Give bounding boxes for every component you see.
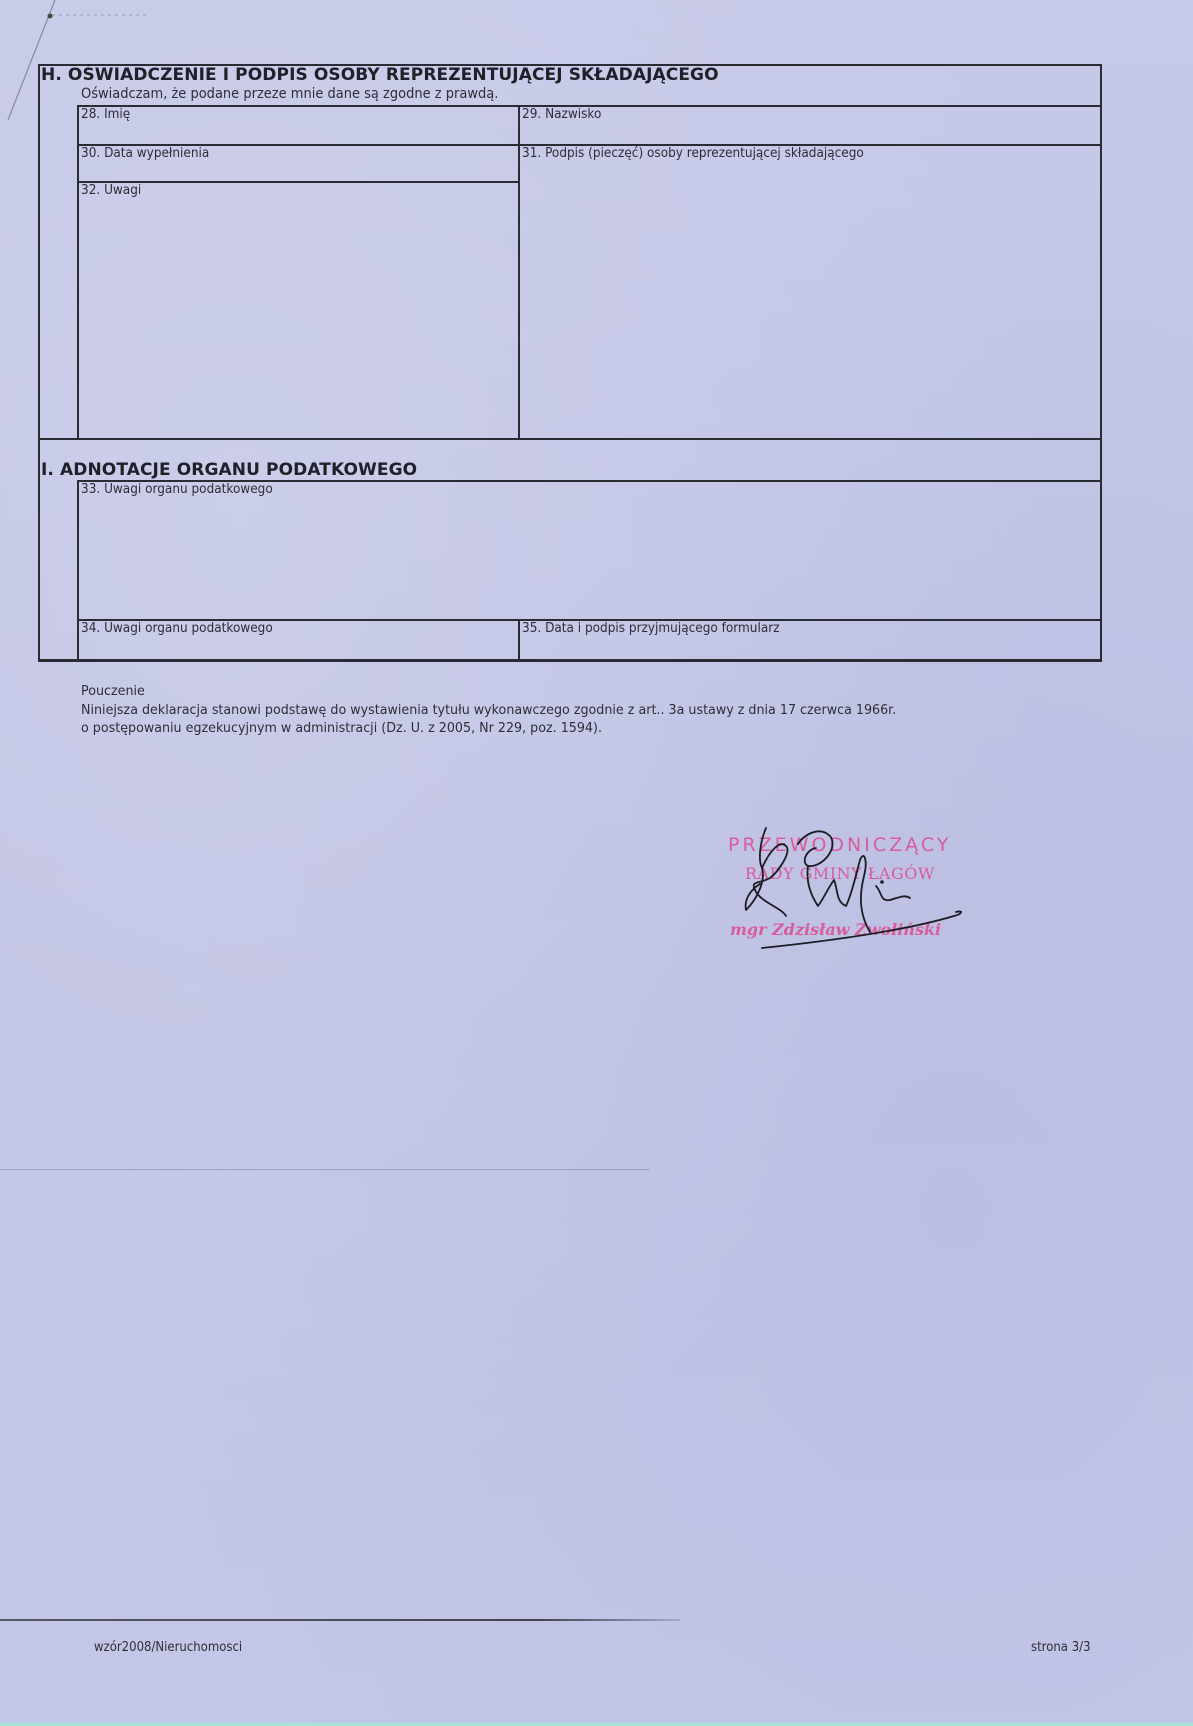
form-border-left: [38, 64, 40, 661]
instruction-block: Pouczenie Niniejsza deklaracja stanowi p…: [81, 682, 948, 738]
field-33-uwagi-organu[interactable]: 33. Uwagi organu podatkowego: [79, 482, 1100, 619]
field-31-podpis[interactable]: 31. Podpis (pieczęć) osoby reprezentując…: [520, 146, 1100, 438]
field-30-data-wypelnienia[interactable]: 30. Data wypełnienia: [79, 146, 517, 181]
field-33-label: 33. Uwagi organu podatkowego: [81, 482, 1029, 497]
instruction-heading: Pouczenie: [81, 682, 896, 701]
handwritten-signature-icon: [700, 820, 1020, 950]
footer-form-code: wzór2008/Nieruchomosci: [94, 1640, 242, 1655]
form-border-bottom: [38, 659, 1102, 662]
field-32-uwagi[interactable]: 32. Uwagi: [79, 183, 517, 438]
field-35-label: 35. Data i podpis przyjmującego formular…: [522, 621, 1060, 636]
field-28-imie[interactable]: 28. Imię: [79, 107, 517, 144]
field-35-data-i-podpis[interactable]: 35. Data i podpis przyjmującego formular…: [520, 621, 1100, 659]
field-28-label: 28. Imię: [81, 107, 486, 122]
field-29-label: 29. Nazwisko: [522, 107, 1060, 122]
section-h-statement: Oświadczam, że podane przeze mnie dane s…: [81, 86, 498, 102]
footer-rule: [0, 1619, 680, 1621]
footer-page-indicator: strona 3/3: [1031, 1640, 1091, 1655]
field-29-nazwisko[interactable]: 29. Nazwisko: [520, 107, 1100, 144]
field-34-uwagi-organu[interactable]: 34. Uwagi organu podatkowego: [79, 621, 517, 659]
form-border-right: [1100, 64, 1102, 661]
section-i-title: I. ADNOTACJE ORGANU PODATKOWEGO: [41, 460, 417, 480]
instruction-line-1: Niniejsza deklaracja stanowi podstawę do…: [81, 701, 896, 720]
official-stamp: PRZEWODNICZĄCY RADY GMINY ŁAGÓW mgr Zdzi…: [700, 820, 1020, 950]
section-h-bottom: [38, 438, 1102, 440]
instruction-line-2: o postępowaniu egzekucyjnym w administra…: [81, 719, 896, 738]
field-34-label: 34. Uwagi organu podatkowego: [81, 621, 486, 636]
field-31-label: 31. Podpis (pieczęć) osoby reprezentując…: [522, 146, 1060, 161]
scan-artifact-line: [0, 1169, 650, 1170]
field-30-label: 30. Data wypełnienia: [81, 146, 486, 161]
section-h-title: H. OŚWIADCZENIE I PODPIS OSOBY REPREZENT…: [41, 65, 719, 85]
field-32-label: 32. Uwagi: [81, 183, 486, 198]
